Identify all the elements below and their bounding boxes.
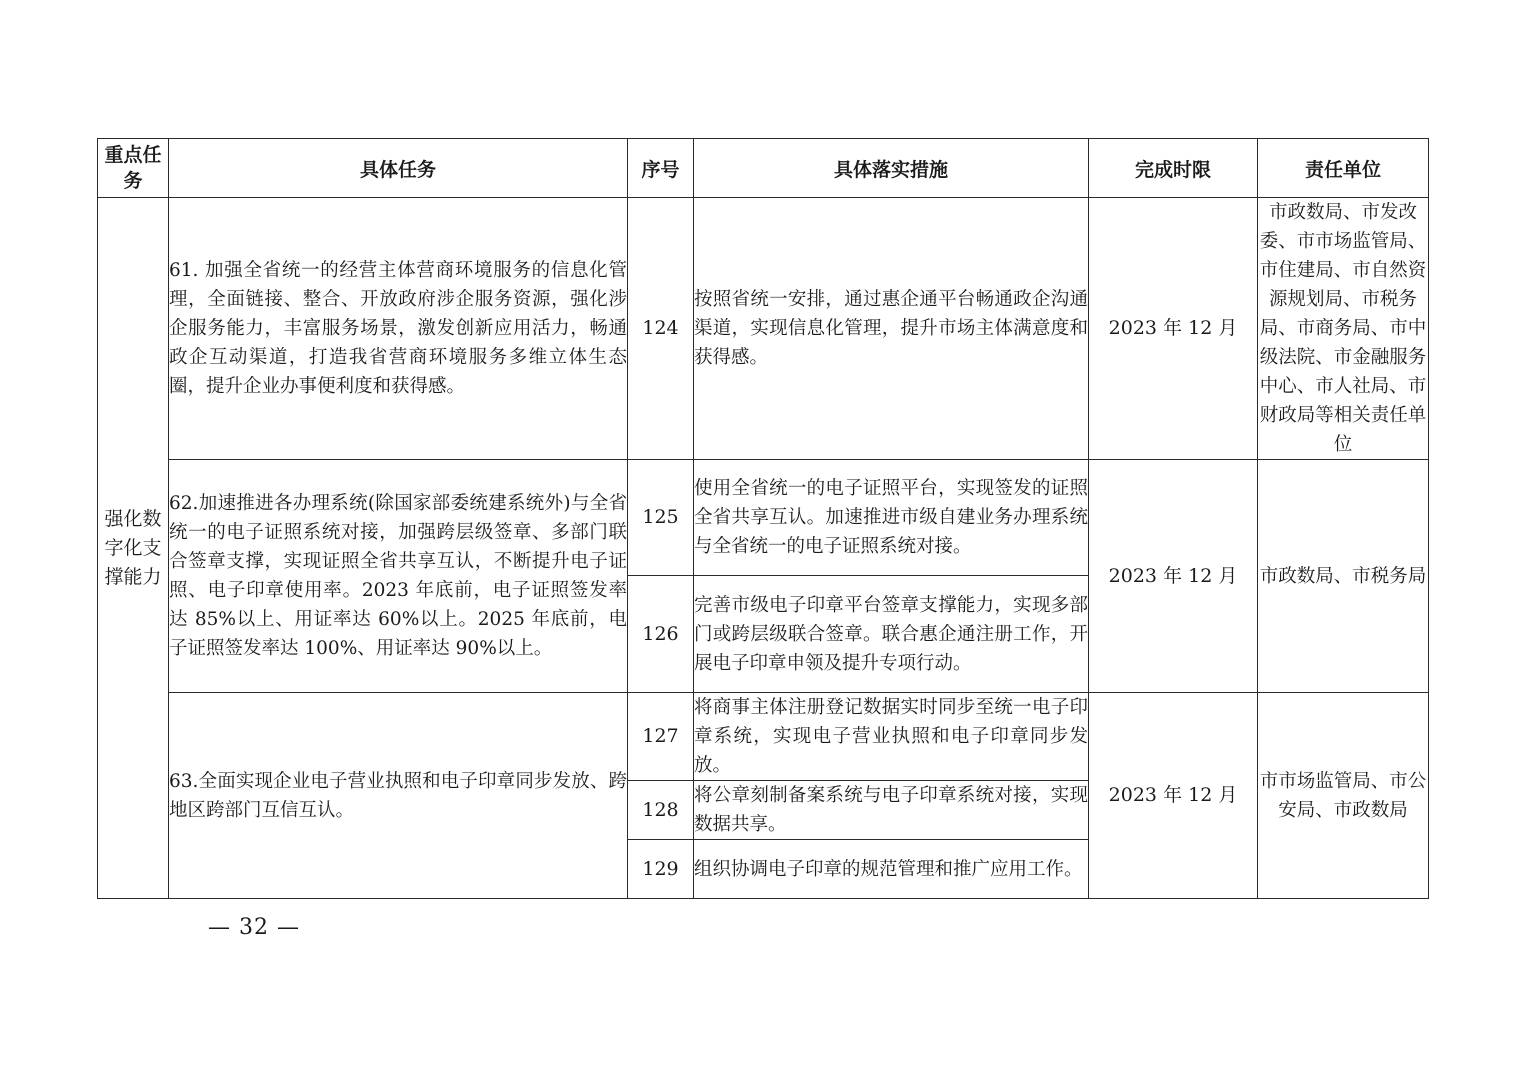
unit-cell: 市政数局、市发改委、市市场监管局、市住建局、市自然资源规划局、市税务局、市商务局… <box>1258 198 1429 460</box>
table-row: 强化数字化支撑能力 61. 加强全省统一的经营主体营商环境服务的信息化管理，全面… <box>98 198 1429 460</box>
measure-cell: 完善市级电子印章平台签章支撑能力，实现多部门或跨层级联合签章。联合惠企通注册工作… <box>694 576 1089 693</box>
category-cell: 强化数字化支撑能力 <box>98 198 169 899</box>
num-cell: 127 <box>628 693 694 781</box>
unit-cell: 市政数局、市税务局 <box>1258 460 1429 693</box>
unit-cell: 市市场监管局、市公安局、市政数局 <box>1258 693 1429 899</box>
header-measure: 具体落实措施 <box>694 139 1089 198</box>
task-table: 重点任务 具体任务 序号 具体落实措施 完成时限 责任单位 强化数字化支撑能力 … <box>97 138 1429 899</box>
num-cell: 126 <box>628 576 694 693</box>
table-header-row: 重点任务 具体任务 序号 具体落实措施 完成时限 责任单位 <box>98 139 1429 198</box>
measure-cell: 将公章刻制备案系统与电子印章系统对接，实现数据共享。 <box>694 781 1089 840</box>
measure-cell: 使用全省统一的电子证照平台，实现签发的证照全省共享互认。加速推进市级自建业务办理… <box>694 460 1089 576</box>
task-cell: 61. 加强全省统一的经营主体营商环境服务的信息化管理，全面链接、整合、开放政府… <box>169 198 628 460</box>
header-unit: 责任单位 <box>1258 139 1429 198</box>
header-category: 重点任务 <box>98 139 169 198</box>
header-num: 序号 <box>628 139 694 198</box>
deadline-cell: 2023 年 12 月 <box>1089 693 1258 899</box>
table-row: 63.全面实现企业电子营业执照和电子印章同步发放、跨地区跨部门互信互认。 127… <box>98 693 1429 781</box>
task-cell: 63.全面实现企业电子营业执照和电子印章同步发放、跨地区跨部门互信互认。 <box>169 693 628 899</box>
header-deadline: 完成时限 <box>1089 139 1258 198</box>
deadline-cell: 2023 年 12 月 <box>1089 198 1258 460</box>
measure-cell: 将商事主体注册登记数据实时同步至统一电子印章系统，实现电子营业执照和电子印章同步… <box>694 693 1089 781</box>
num-cell: 129 <box>628 840 694 899</box>
num-cell: 125 <box>628 460 694 576</box>
measure-cell: 组织协调电子印章的规范管理和推广应用工作。 <box>694 840 1089 899</box>
task-cell: 62.加速推进各办理系统(除国家部委统建系统外)与全省统一的电子证照系统对接，加… <box>169 460 628 693</box>
measure-cell: 按照省统一安排，通过惠企通平台畅通政企沟通渠道，实现信息化管理，提升市场主体满意… <box>694 198 1089 460</box>
table-row: 62.加速推进各办理系统(除国家部委统建系统外)与全省统一的电子证照系统对接，加… <box>98 460 1429 576</box>
header-task: 具体任务 <box>169 139 628 198</box>
num-cell: 128 <box>628 781 694 840</box>
page-number: — 32 — <box>208 915 300 940</box>
deadline-cell: 2023 年 12 月 <box>1089 460 1258 693</box>
num-cell: 124 <box>628 198 694 460</box>
